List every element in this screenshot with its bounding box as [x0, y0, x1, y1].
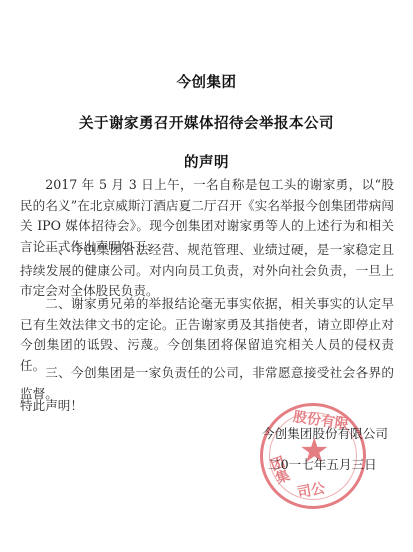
- org-name: 今创集团: [0, 71, 413, 92]
- point-one-paragraph: 一、今创集团合法经营、规范管理、业绩过硬，是一家稳定且持续发展的健康公司。对内向…: [20, 240, 394, 302]
- signature-company: 今创集团股份有限公司: [262, 423, 388, 442]
- signature-date: 二0一七年五月三日: [268, 454, 377, 473]
- document-title-continued: 的声明: [0, 151, 413, 172]
- point-one-text: 一、今创集团合法经营、规范管理、业绩过硬，是一家稳定且持续发展的健康公司。对内向…: [20, 240, 394, 302]
- document-title: 关于谢家勇召开媒体招待会举报本公司: [0, 112, 413, 133]
